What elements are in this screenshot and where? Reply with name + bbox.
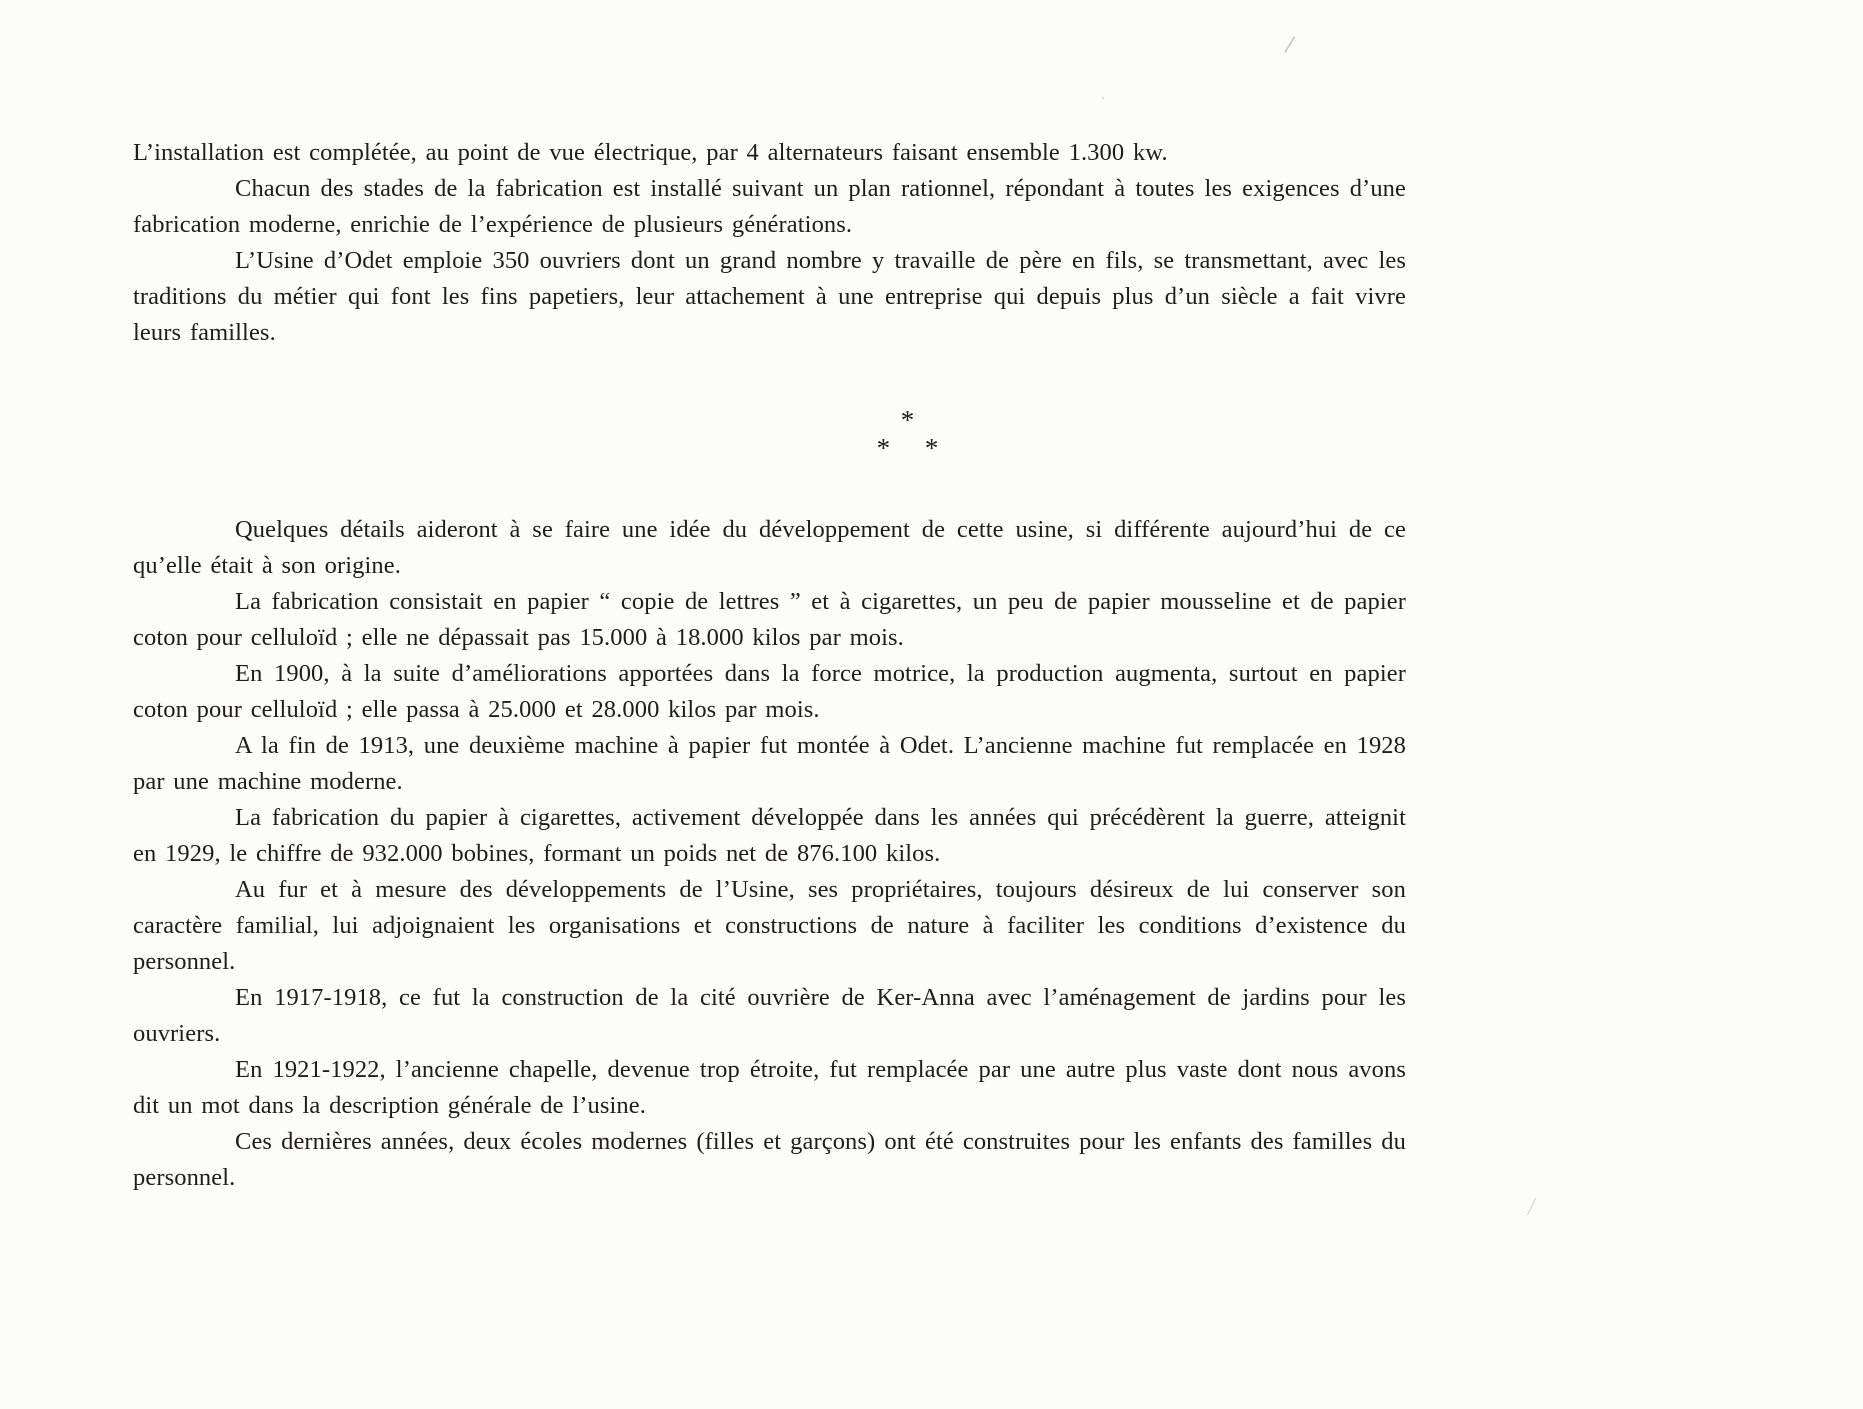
paragraph: L’Usine d’Odet emploie 350 ouvriers dont… bbox=[133, 243, 1406, 351]
asterisk-top: * bbox=[863, 406, 953, 434]
paragraph: Ces dernières années, deux écoles modern… bbox=[133, 1124, 1406, 1196]
paragraph: La fabrication consistait en papier “ co… bbox=[133, 584, 1406, 656]
paragraph: Quelques détails aideront à se faire une… bbox=[133, 512, 1406, 584]
scan-artifact-slash: / bbox=[1283, 30, 1296, 61]
scan-artifact-slash: / bbox=[1526, 1192, 1537, 1223]
paragraph: En 1917-1918, ce fut la construction de … bbox=[133, 980, 1406, 1052]
scan-artifact-speck: · bbox=[1100, 88, 1106, 109]
paragraph: Chacun des stades de la fabrication est … bbox=[133, 171, 1406, 243]
paragraph: A la fin de 1913, une deuxième machine à… bbox=[133, 728, 1406, 800]
paragraph: En 1900, à la suite d’améliorations appo… bbox=[133, 656, 1406, 728]
asterisk-group: * * * bbox=[863, 406, 953, 462]
asterisk-section-divider: * * * bbox=[133, 351, 1406, 512]
scanned-page: L’installation est complétée, au point d… bbox=[0, 0, 1863, 1409]
body-text-block: L’installation est complétée, au point d… bbox=[133, 135, 1406, 1196]
paragraph: La fabrication du papier à cigarettes, a… bbox=[133, 800, 1406, 872]
paragraph: Au fur et à mesure des développements de… bbox=[133, 872, 1406, 980]
asterisk-bottom-pair: * * bbox=[863, 434, 953, 462]
paragraph: En 1921-1922, l’ancienne chapelle, deven… bbox=[133, 1052, 1406, 1124]
paragraph: L’installation est complétée, au point d… bbox=[133, 135, 1406, 171]
